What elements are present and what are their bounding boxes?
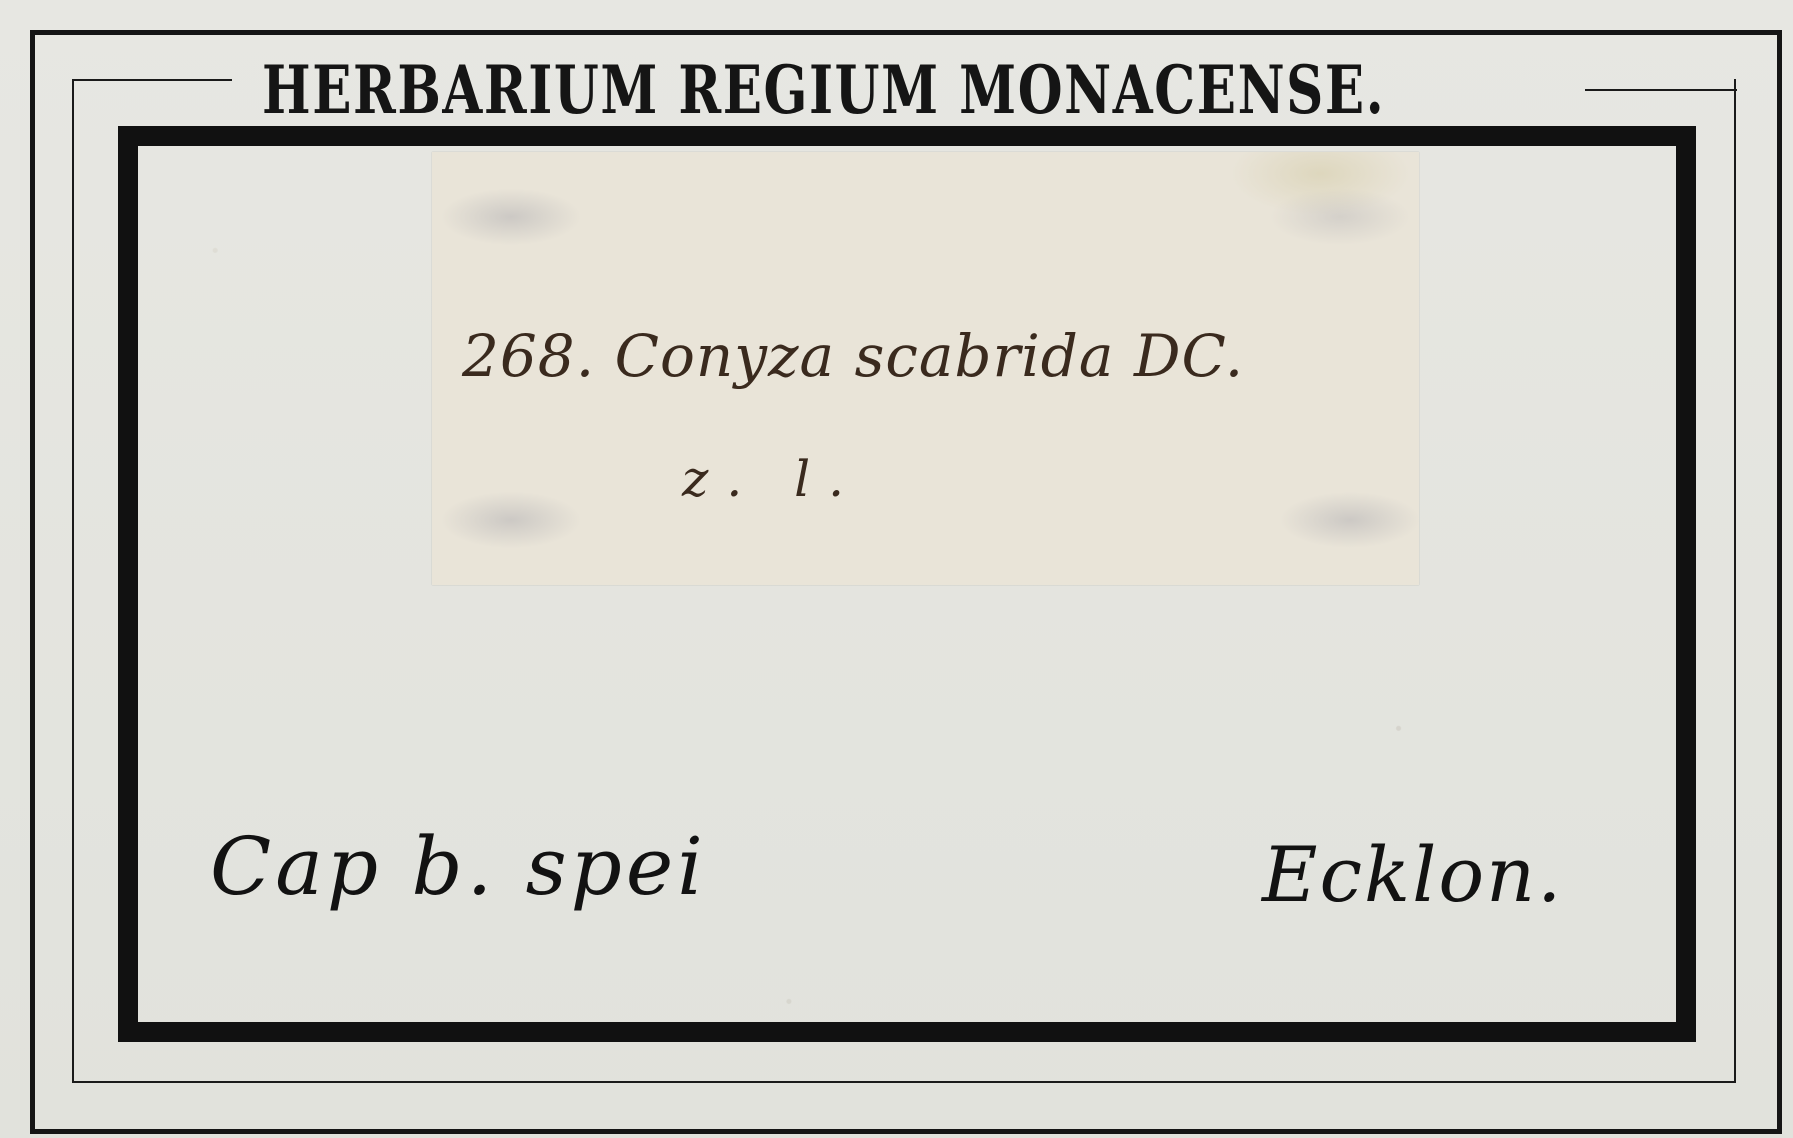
herbarium-title: HERBARIUM REGIUM MONACENSE. xyxy=(262,50,1276,130)
locality-text: Cap b. spei xyxy=(210,820,707,913)
specimen-slip: 268. Conyza scabrida DC. z. l. xyxy=(432,152,1419,585)
middle-border-top-right xyxy=(1585,89,1737,91)
middle-border-top-left xyxy=(72,79,232,81)
specimen-note: z. l. xyxy=(682,450,862,508)
collector-text: Ecklon. xyxy=(1262,830,1563,919)
specimen-name: 268. Conyza scabrida DC. xyxy=(462,322,1244,390)
